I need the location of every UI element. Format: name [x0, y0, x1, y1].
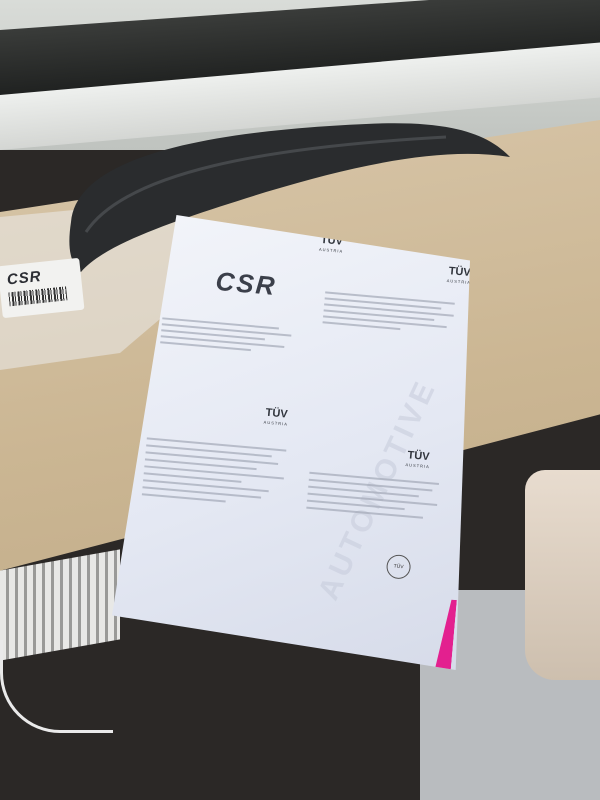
document-footer: CSR Automotive, Dominik Riggert Handwerk…: [115, 623, 411, 673]
barcode: [8, 286, 67, 306]
text-block: [160, 313, 292, 358]
tuv-certificate-document: AUTOMOTIVE CSR TÜVAUSTRIA TÜVAUSTRIA TÜV…: [112, 215, 470, 670]
tuv-seal: TÜV: [386, 554, 412, 580]
tuv-logo: TÜVAUSTRIA: [263, 408, 289, 430]
tuv-logo: TÜVAUSTRIA: [446, 266, 472, 288]
charging-cable: [0, 640, 113, 733]
footer-street: Handwerkstraße 18 ca: [252, 642, 333, 662]
text-block: [322, 287, 455, 338]
text-block: [306, 467, 440, 525]
csr-product-label: CSR: [0, 258, 84, 318]
cloth: [525, 470, 600, 680]
footer-company: CSR Automotive, Dominik Riggert: [115, 623, 235, 649]
tuv-logo: TÜVAUSTRIA: [405, 450, 431, 472]
text-block: [141, 432, 286, 512]
csr-logo: CSR: [6, 264, 81, 289]
csr-logo: CSR: [214, 266, 277, 302]
footer-city: Buchenbach: [350, 656, 395, 671]
